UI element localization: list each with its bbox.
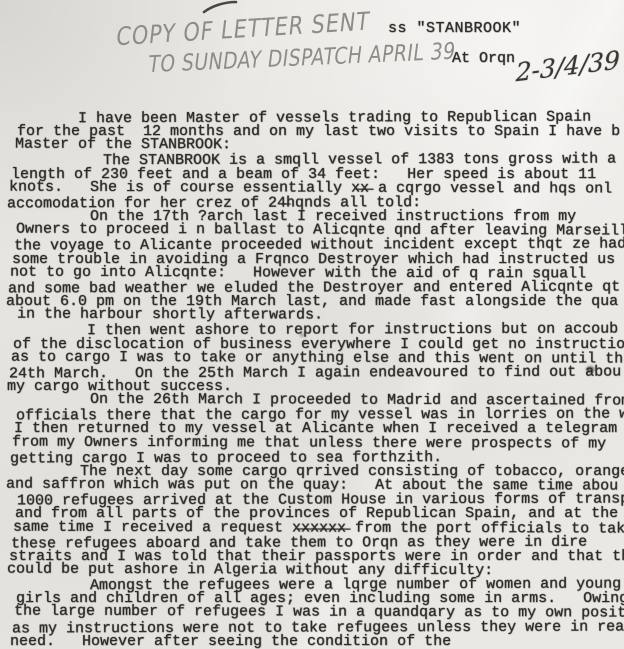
pencil-stroke-mark (202, 0, 238, 14)
location-line: At Orqn (452, 50, 515, 67)
typed-line: need. However after seeing the condition… (10, 635, 624, 649)
ink-smudge (586, 366, 595, 373)
scanned-letter-page: COPY OF LETTER SENT TO SUNDAY DISPATCH A… (0, 0, 624, 649)
ink-smudge (300, 333, 304, 337)
ink-smudge (62, 414, 67, 418)
handwritten-date: 2-3/4/39 (515, 45, 620, 87)
letter-body: I have been Master of vessels trading to… (0, 111, 624, 649)
ship-name: ss "STANBROOK" (388, 20, 521, 37)
